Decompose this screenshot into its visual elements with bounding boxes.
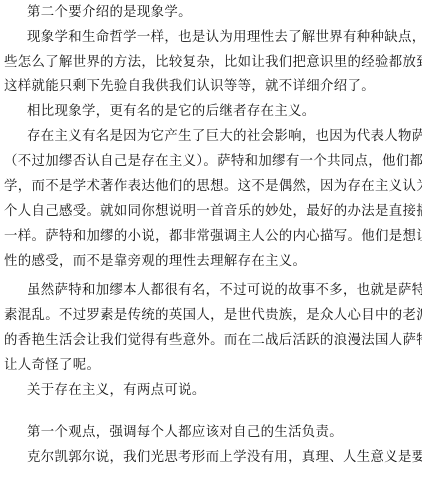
text-line: 让人奇怪了呢。	[4, 358, 420, 374]
text-line: 些怎么了解世界的方法，比较复杂，比如让我们把意识里的经验都放到一边不谈，	[4, 55, 420, 71]
text-line: 性的感受，而不是靠旁观的理性去理解存在主义。	[4, 254, 420, 270]
text-line: 现象学和生命哲学一样，也是认为用理性去了解世界有种种缺点，也提出了一	[27, 30, 420, 46]
text-line: 素混乱。不过罗素是传统的英国人，是世代贵族，是众人心目中的老派知识分子，他	[4, 308, 420, 324]
text-line: 关于存在主义，有两点可说。	[27, 383, 420, 399]
text-line: 的香艳生活会让我们觉得有些意外。而在二战后活跃的浪漫法国人萨特要是不风流还	[4, 333, 420, 349]
heading-phenomenology: 第二个要介绍的是现象学。	[27, 5, 420, 21]
text-line: 个人自己感受。就如同你想说明一首音乐的妙处，最好的办法是直接播放给别人听	[4, 204, 420, 220]
text-line: 相比现象学，更有名的是它的后继者存在主义。	[27, 104, 420, 120]
text-line: 第一个观点，强调每个人都应该对自己的生活负责。	[27, 425, 420, 441]
document-page: 第二个要介绍的是现象学。 现象学和生命哲学一样，也是认为用理性去了解世界有种种缺…	[0, 0, 422, 484]
text-line: 克尔凯郭尔说，我们光思考形而上学没有用，真理、人生意义是要靠自己活出	[27, 450, 420, 466]
text-line: 这样就能只剩下先验自我供我们认识等等，就不详细介绍了。	[4, 79, 420, 95]
text-line: 学，而不是学术著作表达他们的思想。这不是偶然，因为存在主义认为真理需要每	[4, 179, 420, 195]
text-line: （不过加缪否认自己是存在主义）。萨特和加缪有一个共同点，他们都喜欢采用文	[4, 154, 420, 170]
text-line: 虽然萨特和加缪本人都很有名，不过可说的故事不多，也就是萨特的私生活比罗	[27, 283, 420, 299]
text-line: 存在主义有名是因为它产生了巨大的社会影响，也因为代表人物萨特和加缪	[27, 129, 420, 145]
text-line: 一样。萨特和加缪的小说，都非常强调主人公的内心描写。他们是想让读者获得感	[4, 229, 420, 245]
